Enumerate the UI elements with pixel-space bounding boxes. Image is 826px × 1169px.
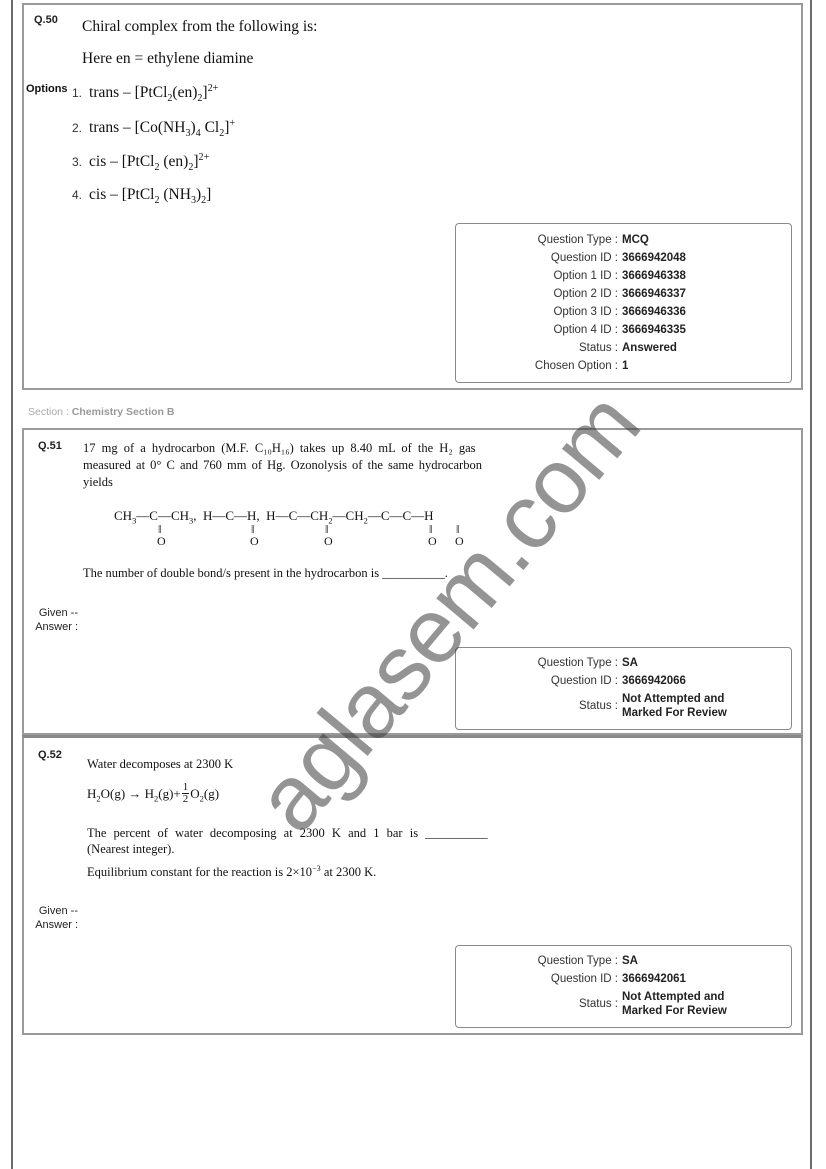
question-stem: Chiral complex from the following is: <box>82 18 317 36</box>
option-3-id-value: 3666946336 <box>618 303 686 321</box>
question-number: Q.52 <box>38 749 62 761</box>
meta-label: Option 4 ID : <box>456 321 618 339</box>
option-text: trans – [Co(NH3)4 Cl2]+ <box>89 119 235 137</box>
options-label: Options <box>26 83 68 95</box>
section-label: Section : Chemistry Section B <box>28 406 174 418</box>
meta-label: Option 2 ID : <box>456 285 618 303</box>
status-value: Not Attempted andMarked For Review <box>618 990 727 1018</box>
question-id-value: 3666942066 <box>618 672 686 690</box>
status-line-2: Marked For Review <box>622 706 727 720</box>
status-line-1: Not Attempted and <box>622 990 727 1004</box>
question-type-value: MCQ <box>618 231 649 249</box>
option-text: cis – [PtCl2 (en)2]2+ <box>89 153 209 171</box>
reaction-equation: H2O(g) → H2(g)+ 12 O2(g) <box>87 782 219 805</box>
meta-label: Question Type : <box>456 231 618 249</box>
option-2: 2. trans – [Co(NH3)4 Cl2]+ <box>72 119 235 137</box>
status-value: Not Attempted andMarked For Review <box>618 692 727 720</box>
meta-label: Question Type : <box>456 654 618 672</box>
equation-right: O2(g) <box>190 786 219 802</box>
given-label: Given -- <box>22 606 78 620</box>
question-meta-panel: Question Type :SA Question ID :366694206… <box>455 945 792 1028</box>
equation-left: H2O(g) → H2(g)+ <box>87 786 181 802</box>
question-number: Q.50 <box>34 14 58 26</box>
option-1-id-value: 3666946338 <box>618 267 686 285</box>
question-meta-panel: Question Type :SA Question ID :366694206… <box>455 647 792 730</box>
question-stem-line-3: (Nearest integer). <box>87 842 174 857</box>
question-50-card: Q.50 Chiral complex from the following i… <box>22 3 803 390</box>
meta-label: Question ID : <box>456 672 618 690</box>
question-52-card: Q.52 Water decomposes at 2300 K H2O(g) →… <box>22 735 803 1035</box>
meta-label: Status : <box>456 339 618 357</box>
answer-label: Answer : <box>22 918 78 932</box>
status-line-2: Marked For Review <box>622 1004 727 1018</box>
meta-label: Status : <box>456 697 618 715</box>
equation-fraction: 12 <box>182 782 190 805</box>
question-stem-note: Here en = ethylene diamine <box>82 50 253 68</box>
option-3: 3. cis – [PtCl2 (en)2]2+ <box>72 153 209 171</box>
fraction-denominator: 2 <box>182 794 190 805</box>
meta-label: Question ID : <box>456 970 618 988</box>
given-label: Given -- <box>22 904 78 918</box>
status-value: Answered <box>618 339 677 357</box>
question-type-value: SA <box>618 952 638 970</box>
question-type-value: SA <box>618 654 638 672</box>
meta-label: Chosen Option : <box>456 357 618 375</box>
option-2-id-value: 3666946337 <box>618 285 686 303</box>
status-line-1: Not Attempted and <box>622 692 727 706</box>
question-prompt: The number of double bond/s present in t… <box>83 566 448 581</box>
question-stem-line-1: Water decomposes at 2300 K <box>87 757 233 772</box>
option-number: 3. <box>72 155 82 169</box>
meta-label: Question ID : <box>456 249 618 267</box>
chosen-option-value: 1 <box>618 357 628 375</box>
answer-label: Answer : <box>22 620 78 634</box>
meta-label: Question Type : <box>456 952 618 970</box>
question-stem-line-2: The percent of water decomposing at 2300… <box>87 826 488 841</box>
option-number: 2. <box>72 121 82 135</box>
question-id-value: 3666942048 <box>618 249 686 267</box>
option-number: 1. <box>72 86 82 100</box>
section-prefix: Section : <box>28 406 72 418</box>
meta-label: Option 1 ID : <box>456 267 618 285</box>
option-text: trans – [PtCl2(en)2]2+ <box>89 84 218 102</box>
given-answer-label: Given -- Answer : <box>22 606 78 634</box>
option-number: 4. <box>72 188 82 202</box>
question-meta-panel: Question Type :MCQ Question ID :36669420… <box>455 223 792 383</box>
section-name: Chemistry Section B <box>72 406 175 418</box>
question-stem-line-4: Equilibrium constant for the reaction is… <box>87 865 376 880</box>
option-4-id-value: 3666946335 <box>618 321 686 339</box>
given-answer-label: Given -- Answer : <box>22 904 78 932</box>
question-id-value: 3666942061 <box>618 970 686 988</box>
question-51-card: Q.51 17 mg of a hydrocarbon (M.F. C₁₀H₁₆… <box>22 428 803 735</box>
meta-label: Option 3 ID : <box>456 303 618 321</box>
option-4: 4. cis – [PtCl2 (NH3)2] <box>72 186 211 204</box>
option-1: 1. trans – [PtCl2(en)2]2+ <box>72 84 218 102</box>
option-text: cis – [PtCl2 (NH3)2] <box>89 186 211 204</box>
meta-label: Status : <box>456 995 618 1013</box>
